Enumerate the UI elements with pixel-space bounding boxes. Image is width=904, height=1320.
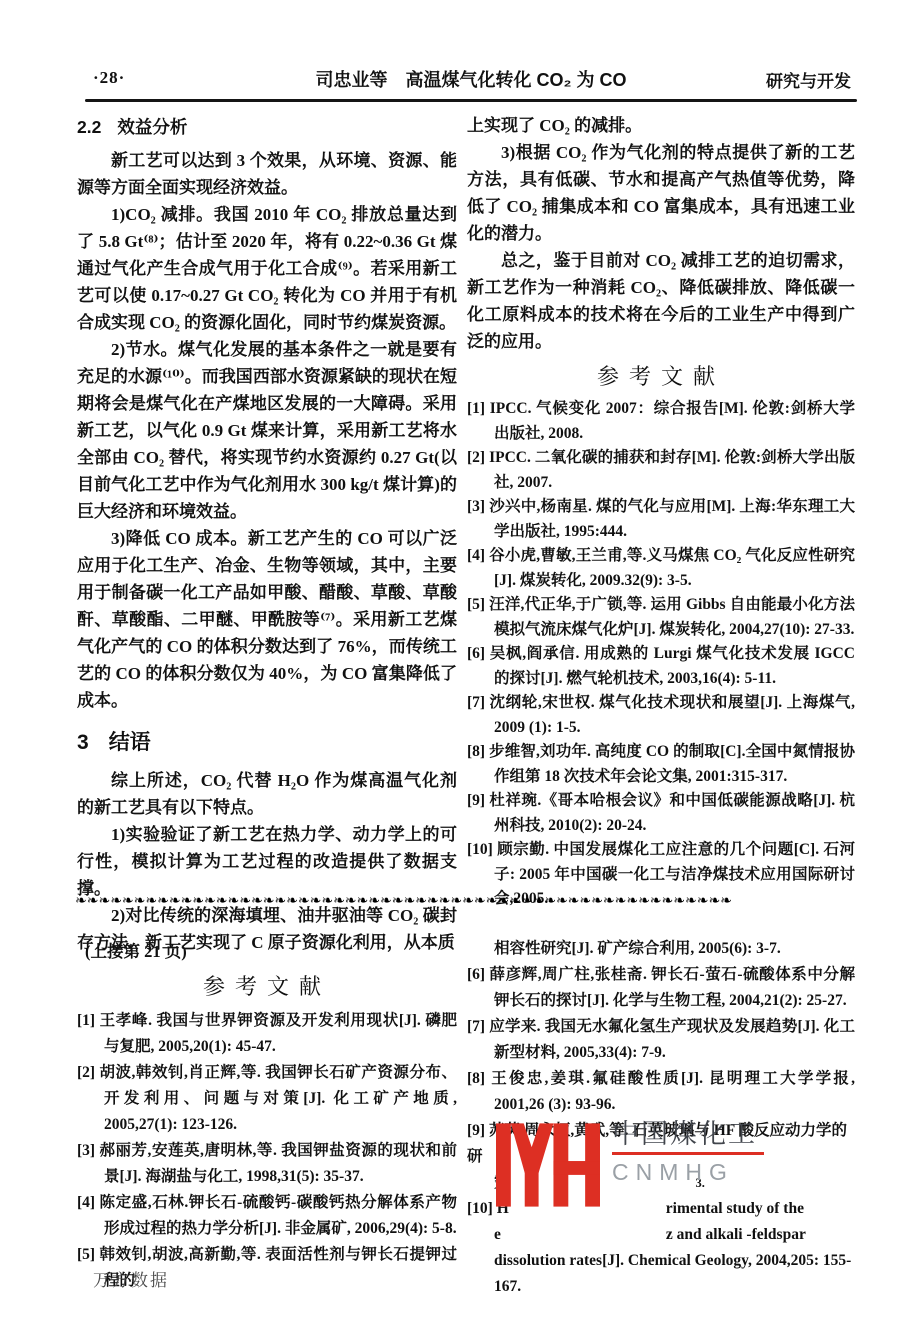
- watermark-sub-text: CNMHG: [612, 1159, 764, 1185]
- benefit-paragraphs: 新工艺可以达到 3 个效果，从环境、资源、能源等方面全面实现经济效益。1)CO₂…: [77, 147, 457, 714]
- continued-references-left: [1] 王孝峰. 我国与世界钾资源及开发利用现状[J]. 磷肥与复肥, 2005…: [77, 1008, 457, 1294]
- reference-item: [7] 应学来. 我国无水氟化氢生产现状及发展趋势[J]. 化工新型材料, 20…: [467, 1014, 855, 1066]
- continued-left-column: (上接第 21 页) 参考文献 [1] 王孝峰. 我国与世界钾资源及开发利用现状…: [77, 938, 457, 1294]
- conclusion-paragraphs: 综上所述，CO₂ 代替 H₂O 作为煤高温气化剂的新工艺具有以下特点。1)实验验…: [77, 767, 457, 956]
- section-2-2-heading: 2.2效益分析: [77, 114, 457, 141]
- body-paragraph: 3)根据 CO₂ 作为气化剂的特点提供了新的工艺方法，具有低碳、节水和提高产气热…: [467, 139, 855, 247]
- reference-item: [4] 谷小虎,曹敏,王兰甫,等.义马煤焦 CO₂ 气化反应性研究[J]. 煤炭…: [467, 544, 855, 593]
- continuation-paragraph: 上实现了 CO₂ 的减排。: [467, 112, 855, 139]
- body-paragraph: 综上所述，CO₂ 代替 H₂O 作为煤高温气化剂的新工艺具有以下特点。: [77, 767, 457, 821]
- section-2-2-number: 2.2: [77, 117, 101, 137]
- continued-references-right: [6] 薛彦辉,周广柱,张桂斋. 钾长石-萤石-硫酸体系中分解钾长石的探讨[J]…: [467, 962, 855, 1118]
- reference-item: [9] 杜祥琬.《哥本哈根会议》和中国低碳能源战略[J]. 杭州科技, 2010…: [467, 789, 855, 838]
- reference-item-fragment-line: e z and alkali -feldspar: [467, 1222, 855, 1248]
- ornament-divider: ❧❧❧❧❧❧❧❧❧❧❧❧❧❧❧❧❧❧❧❧❧❧❧❧❧❧❧❧❧❧❧❧❧❧❧❧❧❧❧❧…: [75, 893, 857, 911]
- watermark-rule: [612, 1152, 764, 1155]
- reference-item: [8] 王俊忠,姜琪.氟硅酸性质[J]. 昆明理工大学学报, 2001,26 (…: [467, 1066, 855, 1118]
- reference-item: [7] 沈纲轮,宋世权. 煤气化技术现状和展望[J]. 上海煤气, 2009 (…: [467, 691, 855, 740]
- reference-continuation-line: 相容性研究[J]. 矿产综合利用, 2005(6): 3-7.: [467, 936, 855, 962]
- column-section-label: 研究与开发: [766, 67, 851, 92]
- section-3-heading: 3结语: [77, 729, 457, 756]
- wanfang-footer: 万方数据: [93, 1266, 169, 1291]
- continued-from-note: (上接第 21 页): [85, 938, 457, 962]
- body-paragraph: 新工艺可以达到 3 个效果，从环境、资源、能源等方面全面实现经济效益。: [77, 147, 457, 201]
- reference-item: [1] IPCC. 气候变化 2007：综合报告[M]. 伦敦:剑桥大学出版社,…: [467, 397, 855, 446]
- reference-item: [5] 汪洋,代正华,于广锁,等. 运用 Gibbs 自由能最小化方法模拟气流床…: [467, 593, 855, 642]
- body-paragraph: 2)节水。煤气化发展的基本条件之一就是要有充足的水源⁽¹⁰⁾。而我国西部水资源紧…: [77, 336, 457, 525]
- reference-item: [4] 陈定盛,石林.钾长石-硫酸钙-碳酸钙热分解体系产物形成过程的热力学分析[…: [77, 1190, 457, 1242]
- reference-item: [3] 沙兴中,杨南星. 煤的气化与应用[M]. 上海:华东理工大学出版社, 1…: [467, 495, 855, 544]
- references-list: [1] IPCC. 气候变化 2007：综合报告[M]. 伦敦:剑桥大学出版社,…: [467, 397, 855, 912]
- reference-item: [2] 胡波,韩效钊,肖正辉,等. 我国钾长石矿产资源分布、开发利用、问题与对策…: [77, 1060, 457, 1138]
- reference-item: dissolution rates[J]. Chemical Geology, …: [467, 1248, 855, 1300]
- reference-item: [8] 步维智,刘功年. 高纯度 CO 的制取[C].全国中氮情报协作组第 18…: [467, 740, 855, 789]
- body-paragraph: 1)实验验证了新工艺在热力学、动力学上的可行性，模拟计算为工艺过程的改造提供了数…: [77, 821, 457, 902]
- conclusion-paragraphs-right: 3)根据 CO₂ 作为气化剂的特点提供了新的工艺方法，具有低碳、节水和提高产气热…: [467, 139, 855, 355]
- body-paragraph: 总之，鉴于目前对 CO₂ 减排工艺的迫切需求，新工艺作为一种消耗 CO₂、降低碳…: [467, 247, 855, 355]
- section-3-number: 3: [77, 731, 89, 754]
- references-heading-continued: 参考文献: [77, 970, 457, 1001]
- references-heading: 参考文献: [467, 363, 855, 390]
- reference-item: [2] IPCC. 二氧化碳的捕获和封存[M]. 伦敦:剑桥大学出版社, 200…: [467, 446, 855, 495]
- section-3-title: 结语: [109, 731, 151, 754]
- watermark-text-block: 中国煤化工 CNMHG: [612, 1117, 764, 1185]
- reference-item: [1] 王孝峰. 我国与世界钾资源及开发利用现状[J]. 磷肥与复肥, 2005…: [77, 1008, 457, 1060]
- watermark: 中国煤化工 CNMHG: [496, 1117, 756, 1219]
- reference-fragment: z and alkali -feldspar: [666, 1222, 806, 1248]
- china-coal-chem-logo-icon: [496, 1123, 600, 1207]
- left-column: 2.2效益分析 新工艺可以达到 3 个效果，从环境、资源、能源等方面全面实现经济…: [77, 112, 457, 956]
- page-header: ·28· 司忠业等 高温煤气化转化 CO₂ 为 CO 研究与开发: [85, 64, 857, 94]
- reference-item: [6] 吴枫,阎承信. 用成熟的 Lurgi 煤气化技术发展 IGCC 的探讨[…: [467, 642, 855, 691]
- reference-item: [6] 薛彦辉,周广柱,张桂斋. 钾长石-萤石-硫酸体系中分解钾长石的探讨[J]…: [467, 962, 855, 1014]
- watermark-brand-text: 中国煤化工: [612, 1119, 764, 1149]
- right-column: 上实现了 CO₂ 的减排。 3)根据 CO₂ 作为气化剂的特点提供了新的工艺方法…: [467, 112, 855, 912]
- body-paragraph: 3)降低 CO 成本。新工艺产生的 CO 可以广泛应用于化工生产、冶金、生物等领…: [77, 525, 457, 714]
- header-rule: [85, 99, 857, 102]
- reference-item: [3] 郝丽芳,安莲英,唐明林,等. 我国钾盐资源的现状和前景[J]. 海湖盐与…: [77, 1138, 457, 1190]
- section-2-2-title: 效益分析: [117, 117, 187, 137]
- running-title: 司忠业等 高温煤气化转化 CO₂ 为 CO: [85, 66, 857, 92]
- body-paragraph: 1)CO₂ 减排。我国 2010 年 CO₂ 排放总量达到了 5.8 Gt⁽⁸⁾…: [77, 201, 457, 336]
- reference-fragment: e: [494, 1222, 501, 1248]
